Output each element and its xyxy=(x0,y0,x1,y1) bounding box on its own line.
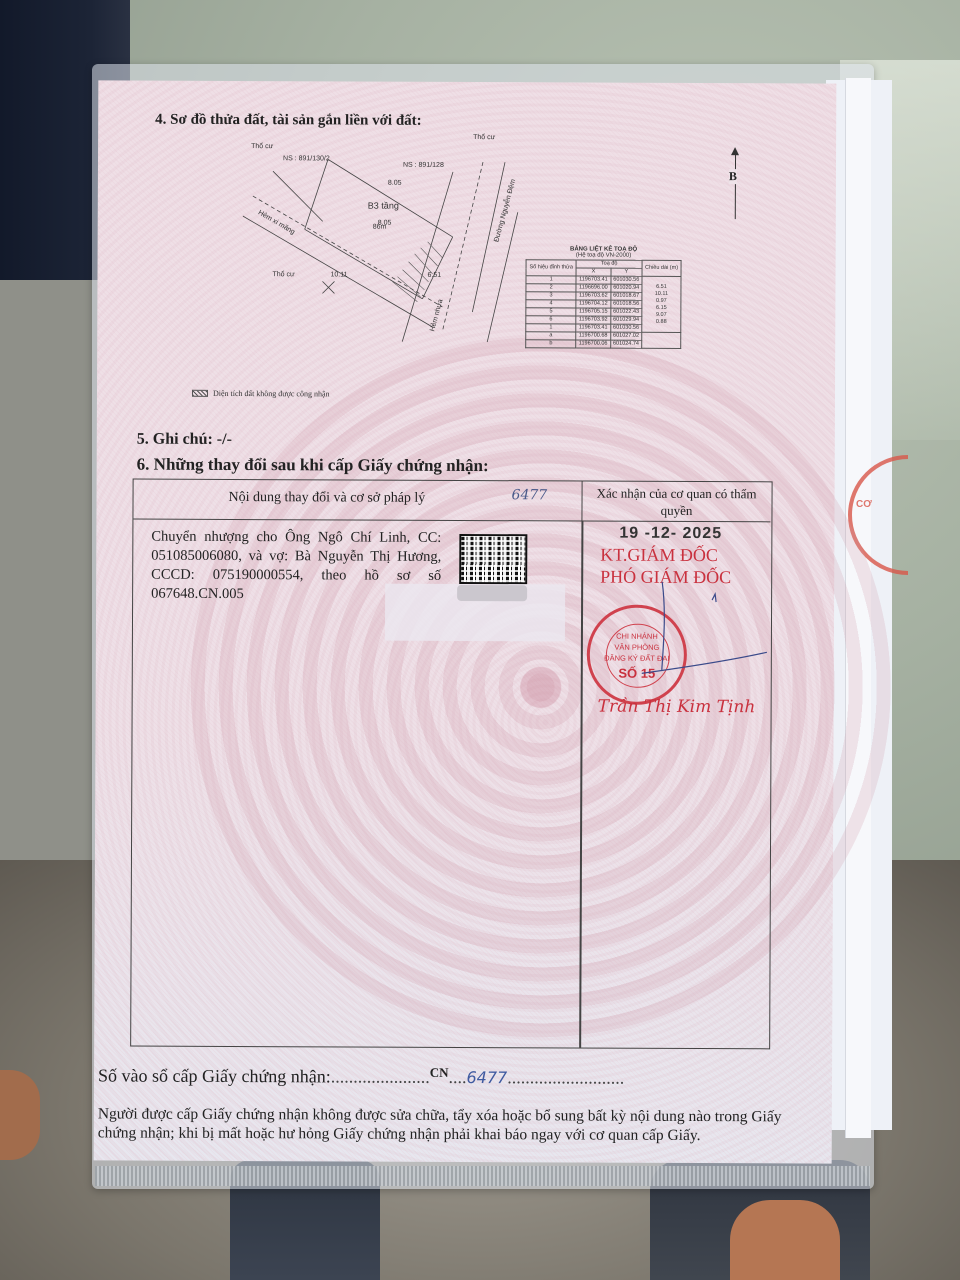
coord-cell-y: 601027.02 xyxy=(610,332,641,340)
coord-cell-x: 1196703.41 xyxy=(576,276,610,284)
notice-text: Người được cấp Giấy chứng nhận không đượ… xyxy=(98,1104,788,1145)
confirmation-date: 19 -12- 2025 xyxy=(619,525,722,543)
signer-title-1: KT.GIÁM ĐỐC xyxy=(600,545,718,567)
coord-cell-y: 601024.74 xyxy=(610,340,641,348)
coord-cell-y: 601018.67 xyxy=(610,292,641,300)
dimension: 8.05 xyxy=(388,180,402,187)
coordinate-table: BẢNG LIỆT KÊ TOẠ ĐỘ (Hệ toạ độ VN-2000) … xyxy=(525,246,681,349)
certificate-page: 4. Sơ đồ thửa đất, tài sản gắn liền với … xyxy=(94,80,837,1163)
length-value: 0.88 xyxy=(643,318,679,325)
registration-number: 6477 xyxy=(466,1068,507,1087)
section-5-heading: 5. Ghi chú: -/- xyxy=(137,431,232,449)
coord-cell-x: 1196704.12 xyxy=(576,300,610,308)
side-stamp-text: CƠ xyxy=(856,499,872,510)
registration-label: Số vào sổ cấp Giấy chứng nhận: xyxy=(98,1065,331,1086)
col-content-label: Nội dung thay đổi và cơ sở pháp lý xyxy=(229,490,426,507)
coord-cell-x: 1196700.68 xyxy=(576,332,610,340)
coord-cell-y: 601030.56 xyxy=(611,276,642,284)
signature-icon xyxy=(642,580,772,681)
col-length: Chiều dài (m) xyxy=(642,260,681,276)
authority-confirmation: 19 -12- 2025 KT.GIÁM ĐỐC PHÓ GIÁM ĐỐC CH… xyxy=(582,522,771,723)
background-knee xyxy=(730,1200,840,1280)
coord-table-subtitle: (Hệ toạ độ VN-2000) xyxy=(526,252,682,259)
label-adjacent: Thổ cư xyxy=(251,143,273,150)
coord-cell-point: 1 xyxy=(526,276,576,284)
coord-cell-x: 1196703.62 xyxy=(576,292,610,300)
section-6-heading: 6. Những thay đổi sau khi cấp Giấy chứng… xyxy=(137,455,489,477)
col-coords: Toạ độ xyxy=(576,260,642,268)
col-confirm-label: Xác nhận của cơ quan có thẩm quyền xyxy=(582,482,770,523)
coord-cell-point: b xyxy=(526,340,576,348)
dimension: 10.11 xyxy=(330,271,347,278)
handwritten-ref: 6477 xyxy=(512,487,548,503)
label-building: B3 tầng xyxy=(368,201,399,211)
sleeve-zipper xyxy=(95,1166,870,1186)
coord-cell-point: a xyxy=(526,332,576,340)
coord-cell-y: 601020.94 xyxy=(611,284,642,292)
coord-cell-point: 2 xyxy=(526,284,576,292)
coord-cell-point: 6 xyxy=(526,316,576,324)
coord-row: a1196700.68601027.02 xyxy=(526,332,681,341)
qr-code-icon xyxy=(459,534,527,584)
coord-cell-point: 4 xyxy=(526,300,576,308)
section-4-heading: 4. Sơ đồ thửa đất, tài sản gắn liền với … xyxy=(155,112,422,130)
signer-name: Trần Thị Kim Tịnh xyxy=(598,697,756,718)
changes-header-content: Nội dung thay đổi và cơ sở pháp lý 6477 xyxy=(133,480,582,522)
coord-row: 11196703.41601030.566.5110.110.976.159.0… xyxy=(526,276,681,285)
label-alley: Hẻm nhựa xyxy=(429,298,444,332)
coord-cell-x: 1196696.00 xyxy=(576,284,610,292)
underlying-page-edge xyxy=(845,78,871,1138)
land-plot-labels: Thổ cư Thổ cư Thổ cư NS : 891/130/2 NS :… xyxy=(242,141,533,342)
hatch-swatch-icon xyxy=(192,390,208,397)
coord-cell-x: 1196700.06 xyxy=(576,340,610,348)
coord-cell-y: 601018.56 xyxy=(610,300,641,308)
north-arrow: B xyxy=(726,147,746,222)
coord-cell-point: 5 xyxy=(526,308,576,316)
coord-cell-x: 1196703.92 xyxy=(576,316,610,324)
background-hand xyxy=(0,1070,40,1160)
changes-table: Nội dung thay đổi và cơ sở pháp lý 6477 … xyxy=(130,479,772,1050)
legend: Diện tích đất không được công nhận xyxy=(192,389,330,399)
label-adjacent: Thổ cư xyxy=(473,134,495,141)
dimension: 8.05 xyxy=(378,220,392,227)
col-y: Y xyxy=(611,268,642,276)
redacted-area xyxy=(385,584,565,642)
coord-cell-empty xyxy=(642,332,681,348)
col-x: X xyxy=(576,268,610,276)
label-adjacent: Thổ cư xyxy=(272,271,294,278)
label-alley: Hẻm xi măng xyxy=(257,209,296,236)
label-parcel: NS : 891/128 xyxy=(403,162,444,169)
coord-cell-y: 601030.56 xyxy=(610,324,641,332)
label-street: Đường Nguyễn Đệm xyxy=(493,178,517,242)
coord-cell-x: 1196705.15 xyxy=(576,308,610,316)
legend-text: Diện tích đất không được công nhận xyxy=(213,389,330,399)
coord-cell-y: 601029.94 xyxy=(610,316,641,324)
label-parcel: NS : 891/130/2 xyxy=(283,155,330,162)
registration-prefix: CN xyxy=(430,1065,449,1080)
registration-line: Số vào sổ cấp Giấy chứng nhận:..........… xyxy=(98,1065,624,1088)
coord-cell-x: 1196703.41 xyxy=(576,324,610,332)
dimension: 6.51 xyxy=(427,272,441,279)
col-point: Số hiệu đỉnh thửa xyxy=(526,260,576,276)
coord-cell-y: 601022.43 xyxy=(610,308,641,316)
coord-cell-lengths: 6.5110.110.976.159.070.88 xyxy=(642,276,681,332)
coord-cell-point: 1 xyxy=(526,324,576,332)
coord-cell-point: 3 xyxy=(526,292,576,300)
north-label: B xyxy=(729,169,737,184)
